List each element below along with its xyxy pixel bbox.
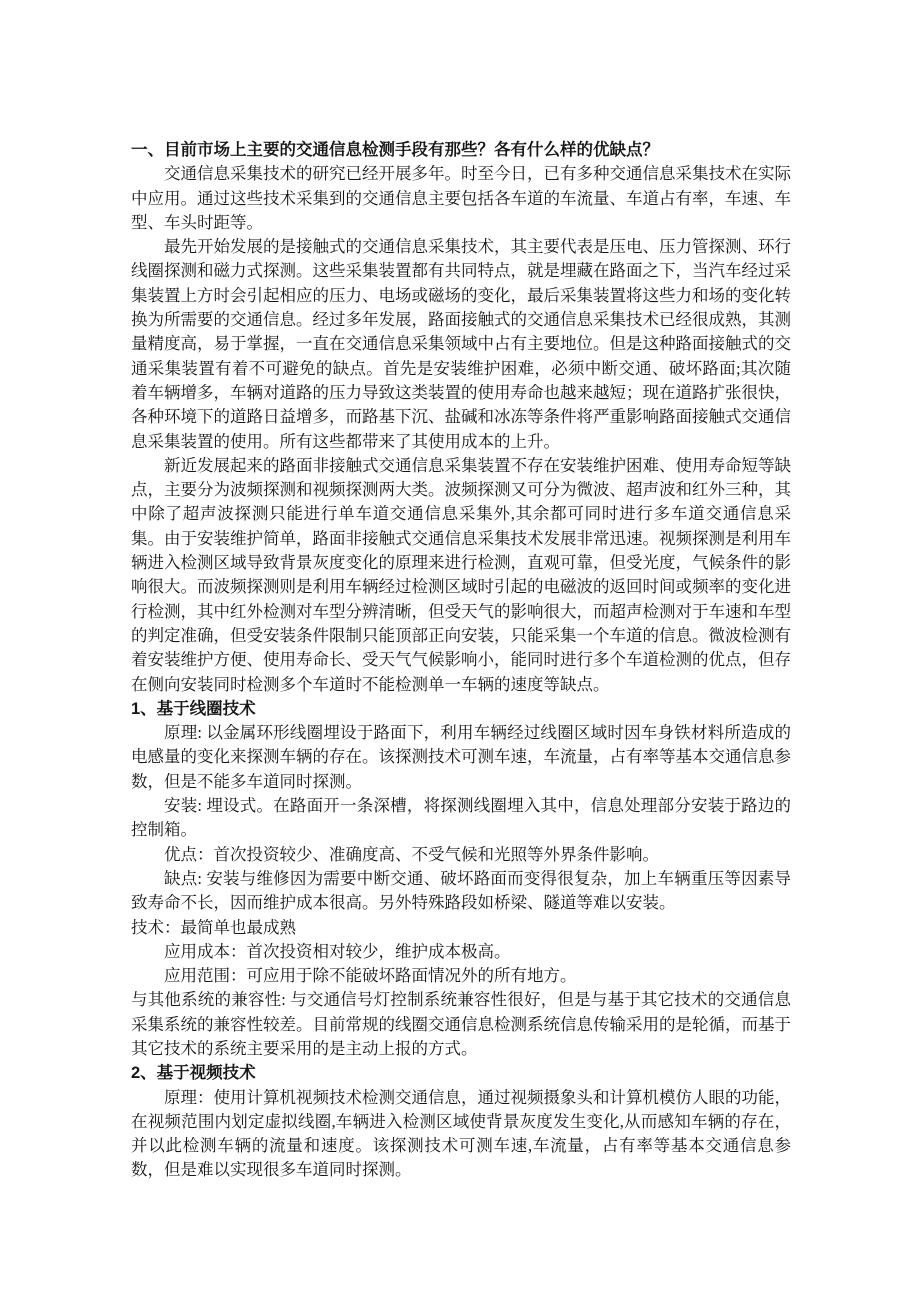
body-paragraph: 原理: 以金属环形线圈埋设于路面下，利用车辆经过线圈区域时因车身铁材料所造成的电…: [131, 721, 791, 794]
body-paragraph: 与其他系统的兼容性: 与交通信号灯控制系统兼容性很好，但是与基于其它技术的交通信…: [131, 988, 791, 1061]
document-page: 一、目前市场上主要的交通信息检测手段有那些？各有什么样的优缺点？交通信息采集技术…: [0, 0, 920, 1302]
body-paragraph: 技术：最简单也最成熟: [131, 916, 791, 940]
body-paragraph: 应用成本：首次投资相对较少，维护成本极高。: [131, 940, 791, 964]
body-paragraph: 缺点: 安装与维修因为需要中断交通、破坏路面而变得很复杂，加上车辆重压等因素导致…: [131, 867, 791, 916]
section-heading: 一、目前市场上主要的交通信息检测手段有那些？各有什么样的优缺点？: [131, 138, 791, 162]
body-paragraph: 优点：首次投资较少、准确度高、不受气候和光照等外界条件影响。: [131, 843, 791, 867]
body-paragraph: 最先开始发展的是接触式的交通信息采集技术，其主要代表是压电、压力管探测、环行线圈…: [131, 235, 791, 454]
body-paragraph: 原理：使用计算机视频技术检测交通信息，通过视频摄象头和计算机模仿人眼的功能，在视…: [131, 1086, 791, 1183]
body-paragraph: 交通信息采集技术的研究已经开展多年。时至今日，已有多种交通信息采集技术在实际中应…: [131, 162, 791, 235]
numbered-subheading: 2、基于视频技术: [131, 1061, 791, 1085]
body-paragraph: 应用范围：可应用于除不能破坏路面情况外的所有地方。: [131, 964, 791, 988]
body-paragraph: 新近发展起来的路面非接触式交通信息采集装置不存在安装维护困难、使用寿命短等缺点，…: [131, 454, 791, 697]
body-paragraph: 安装: 埋设式。在路面开一条深槽，将探测线圈埋入其中，信息处理部分安装于路边的控…: [131, 794, 791, 843]
document-content: 一、目前市场上主要的交通信息检测手段有那些？各有什么样的优缺点？交通信息采集技术…: [131, 138, 791, 1183]
numbered-subheading: 1、基于线圈技术: [131, 697, 791, 721]
